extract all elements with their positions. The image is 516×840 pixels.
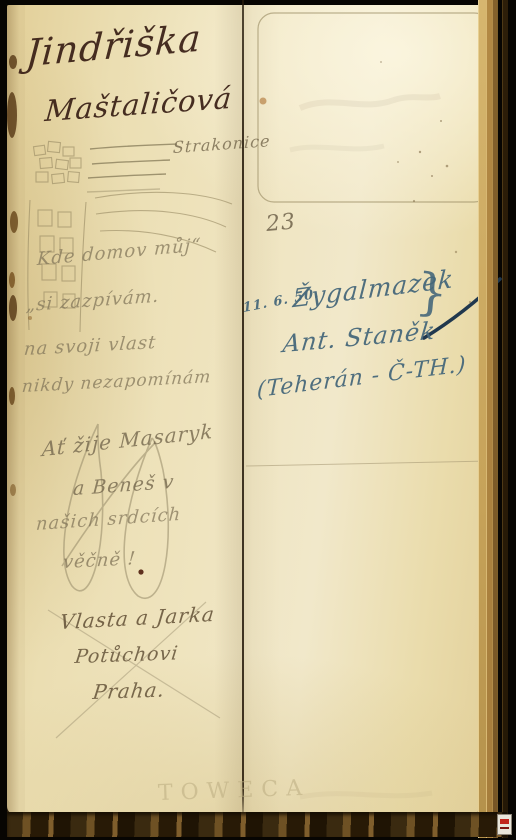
tag-red-bar [500, 819, 509, 824]
page-edge-strip [502, 0, 508, 838]
tag-red-line [500, 827, 509, 829]
gutter-fold-line [242, 0, 244, 823]
page-number: 23 [265, 209, 297, 237]
ghost-offset-text: TOWECA [158, 776, 311, 806]
bottom-page-edge [7, 812, 507, 837]
brace-flourish: } [413, 262, 451, 323]
left-signature-line: Praha. [92, 677, 167, 704]
binding-edge [7, 5, 25, 813]
red-white-corner-tag [497, 814, 512, 835]
left-signature-line: Potůchovi [74, 642, 180, 668]
tribute-line: věčně ! [62, 548, 137, 573]
book-scan: Jindřiška Maštaličová Strakonice Kde dom… [0, 0, 516, 840]
